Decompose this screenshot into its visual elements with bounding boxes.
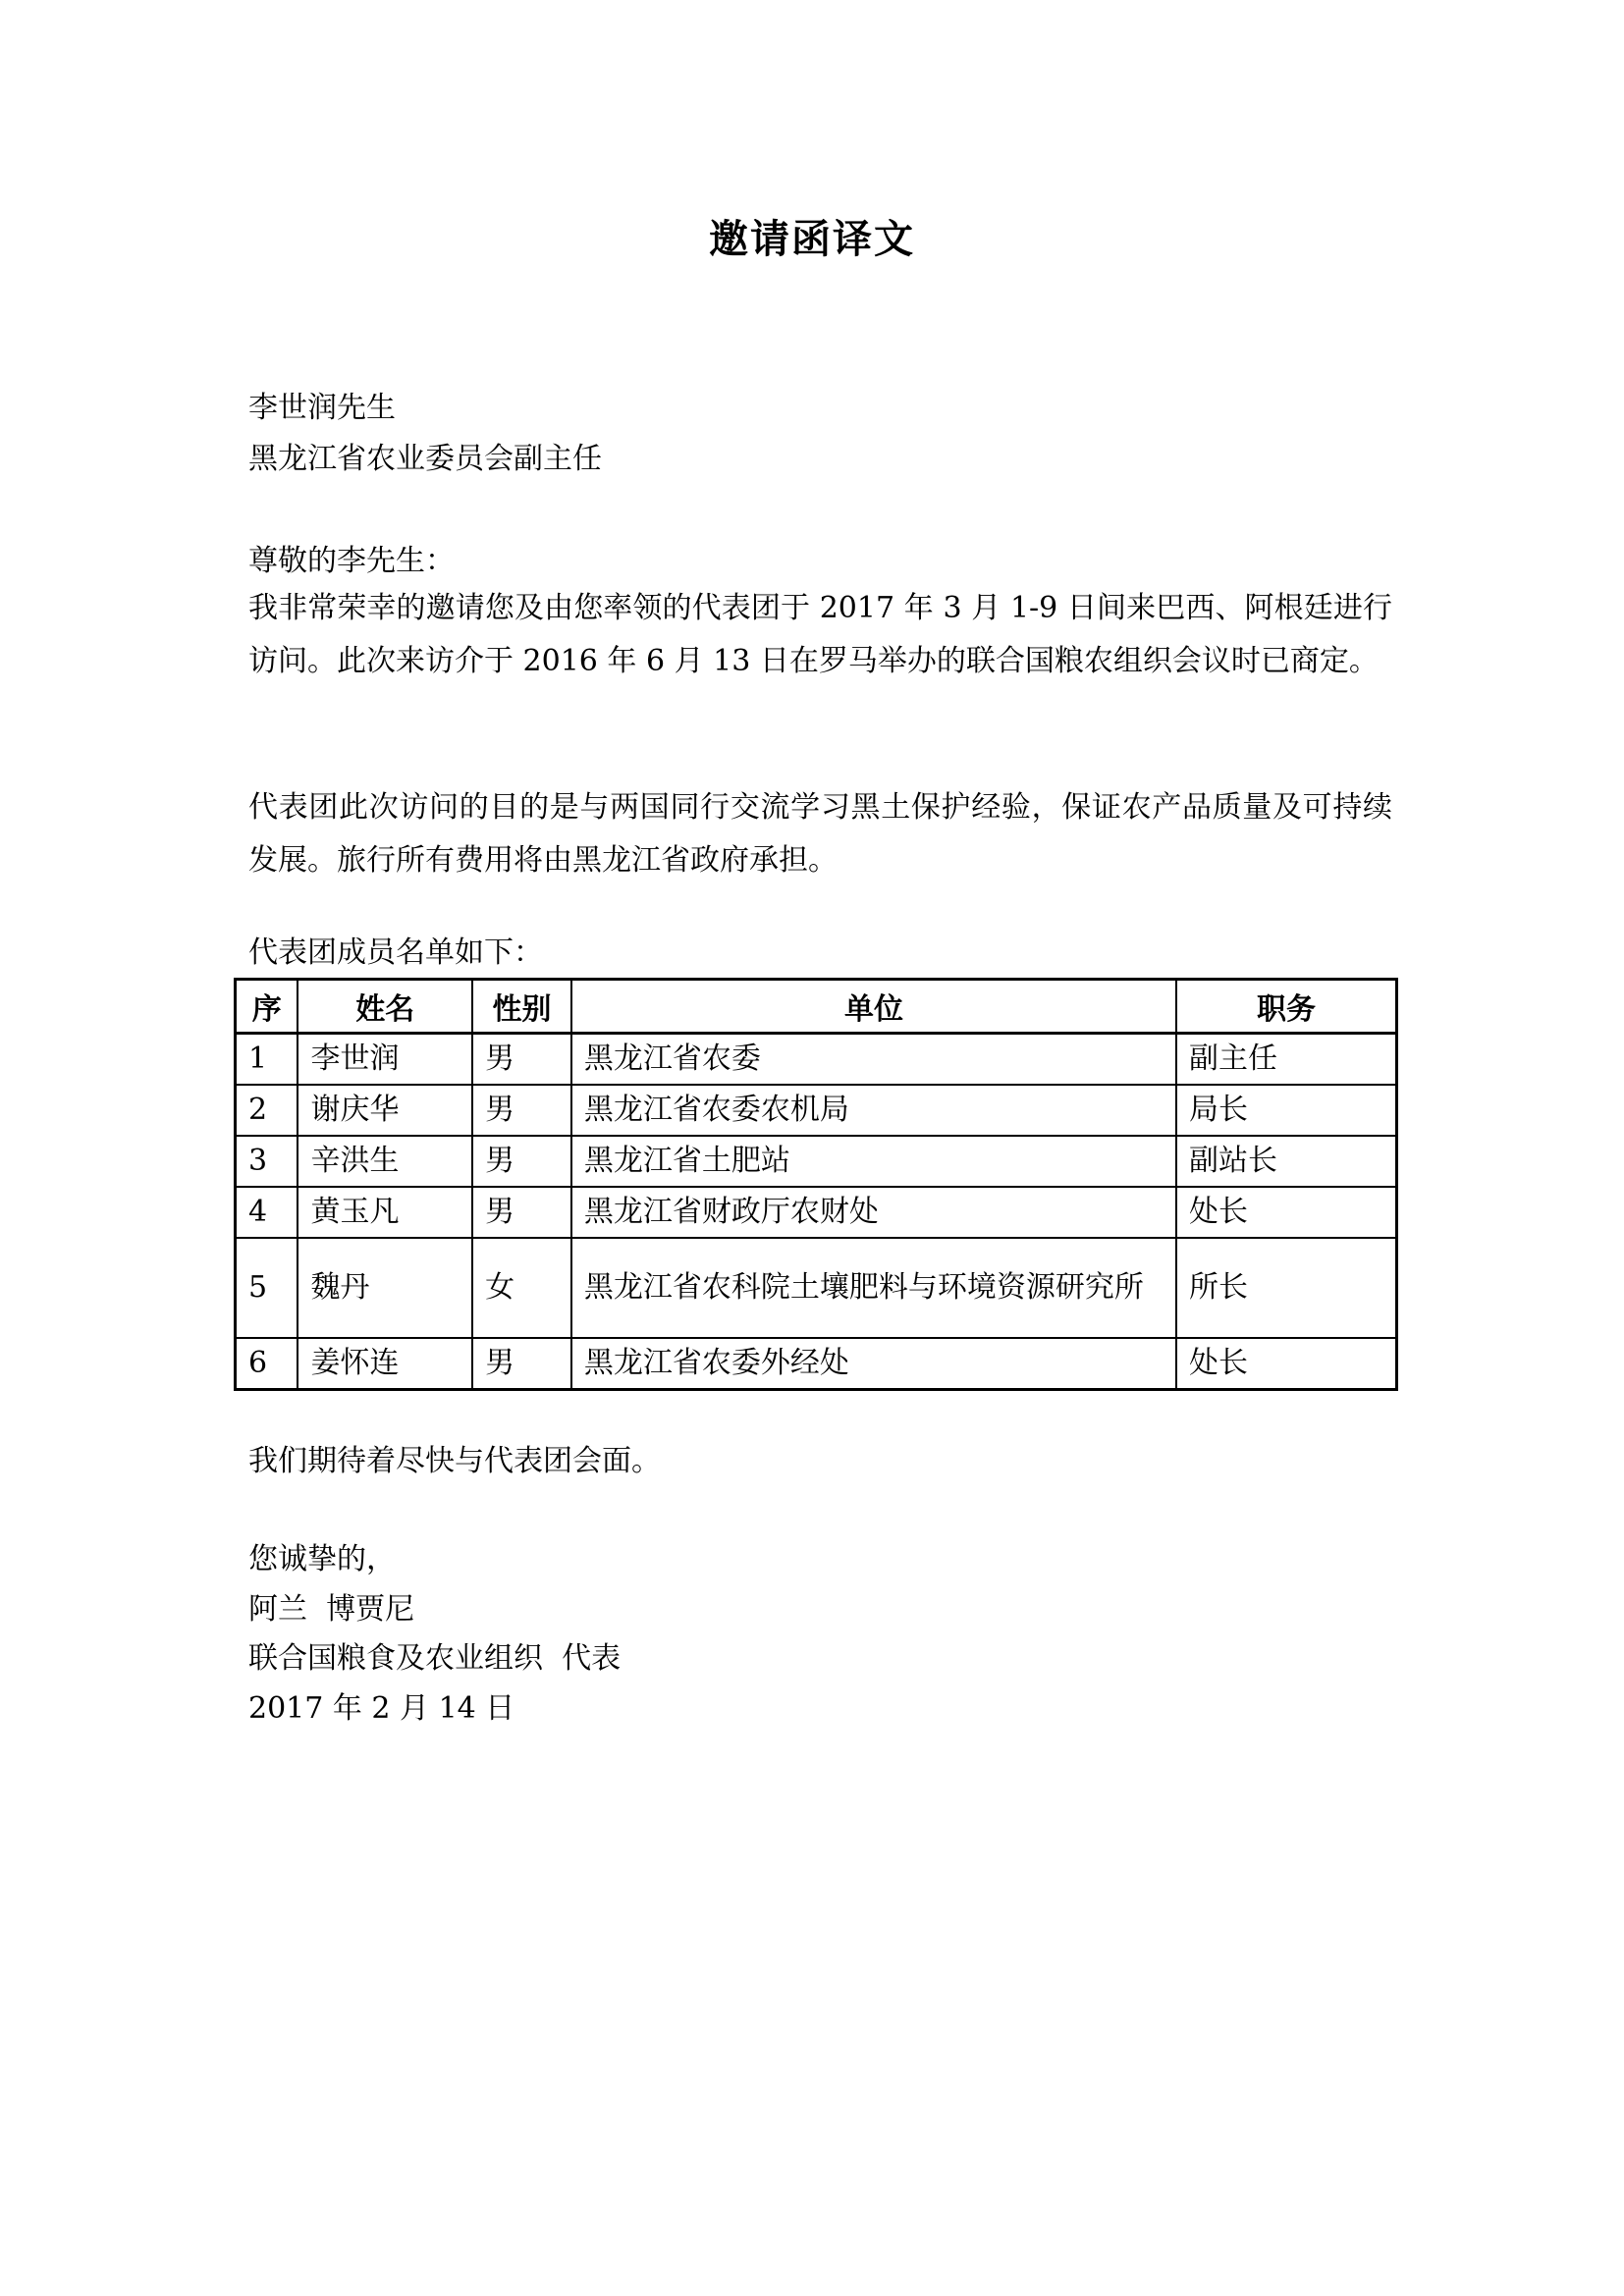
cell-gender: 男 (472, 1187, 571, 1238)
body-paragraph-2: 代表团此次访问的目的是与两国同行交流学习黑土保护经验，保证农产品质量及可持续发展… (248, 781, 1392, 887)
cell-name: 谢庆华 (298, 1085, 472, 1136)
cell-number: 3 (236, 1136, 298, 1187)
letter-date: 2017 年 2 月 14 日 (248, 1686, 514, 1732)
table-row: 3 辛洪生 男 黑龙江省土肥站 副站长 (236, 1136, 1397, 1187)
header-unit: 单位 (571, 980, 1176, 1034)
cell-unit: 黑龙江省农委农机局 (571, 1085, 1176, 1136)
signoff: 您诚挚的， (248, 1537, 396, 1582)
closing-line: 我们期待着尽快与代表团会面。 (248, 1439, 661, 1484)
recipient-position: 黑龙江省农业委员会副主任 (248, 437, 602, 482)
cell-unit: 黑龙江省农委 (571, 1034, 1176, 1086)
cell-number: 4 (236, 1187, 298, 1238)
table-row: 5 魏丹 女 黑龙江省农科院土壤肥料与环境资源研究所 所长 (236, 1238, 1397, 1338)
table-row: 4 黄玉凡 男 黑龙江省财政厅农财处 处长 (236, 1187, 1397, 1238)
cell-name: 辛洪生 (298, 1136, 472, 1187)
cell-unit: 黑龙江省财政厅农财处 (571, 1187, 1176, 1238)
recipient-name: 李世润先生 (248, 386, 396, 431)
cell-name: 黄玉凡 (298, 1187, 472, 1238)
cell-number: 2 (236, 1085, 298, 1136)
cell-post: 局长 (1176, 1085, 1396, 1136)
cell-gender: 女 (472, 1238, 571, 1338)
member-list-intro: 代表团成员名单如下： (248, 931, 543, 976)
body-paragraph-1: 我非常荣幸的邀请您及由您率领的代表团于 2017 年 3 月 1-9 日间来巴西… (248, 582, 1392, 688)
header-name: 姓名 (298, 980, 472, 1034)
delegation-member-table: 序 姓名 性别 单位 职务 1 李世润 男 黑龙江省农委 副主任 2 谢庆华 男… (234, 978, 1398, 1391)
signer-organization: 联合国粮食及农业组织 代表 (248, 1636, 621, 1682)
header-gender: 性别 (472, 980, 571, 1034)
table-row: 1 李世润 男 黑龙江省农委 副主任 (236, 1034, 1397, 1086)
cell-unit: 黑龙江省农科院土壤肥料与环境资源研究所 (571, 1238, 1176, 1338)
document-title: 邀请函译文 (0, 208, 1624, 264)
cell-gender: 男 (472, 1338, 571, 1390)
table-header-row: 序 姓名 性别 单位 职务 (236, 980, 1397, 1034)
cell-gender: 男 (472, 1136, 571, 1187)
cell-post: 所长 (1176, 1238, 1396, 1338)
cell-name: 李世润 (298, 1034, 472, 1086)
cell-unit: 黑龙江省土肥站 (571, 1136, 1176, 1187)
cell-number: 6 (236, 1338, 298, 1390)
cell-gender: 男 (472, 1085, 571, 1136)
table-row: 2 谢庆华 男 黑龙江省农委农机局 局长 (236, 1085, 1397, 1136)
cell-number: 5 (236, 1238, 298, 1338)
cell-post: 处长 (1176, 1187, 1396, 1238)
signer-name: 阿兰 博贾尼 (248, 1587, 414, 1632)
header-number: 序 (236, 980, 298, 1034)
cell-name: 魏丹 (298, 1238, 472, 1338)
cell-unit: 黑龙江省农委外经处 (571, 1338, 1176, 1390)
salutation: 尊敬的李先生： (248, 539, 455, 584)
header-post: 职务 (1176, 980, 1396, 1034)
cell-gender: 男 (472, 1034, 571, 1086)
cell-post: 处长 (1176, 1338, 1396, 1390)
cell-post: 副主任 (1176, 1034, 1396, 1086)
cell-name: 姜怀连 (298, 1338, 472, 1390)
cell-post: 副站长 (1176, 1136, 1396, 1187)
cell-number: 1 (236, 1034, 298, 1086)
table-row: 6 姜怀连 男 黑龙江省农委外经处 处长 (236, 1338, 1397, 1390)
